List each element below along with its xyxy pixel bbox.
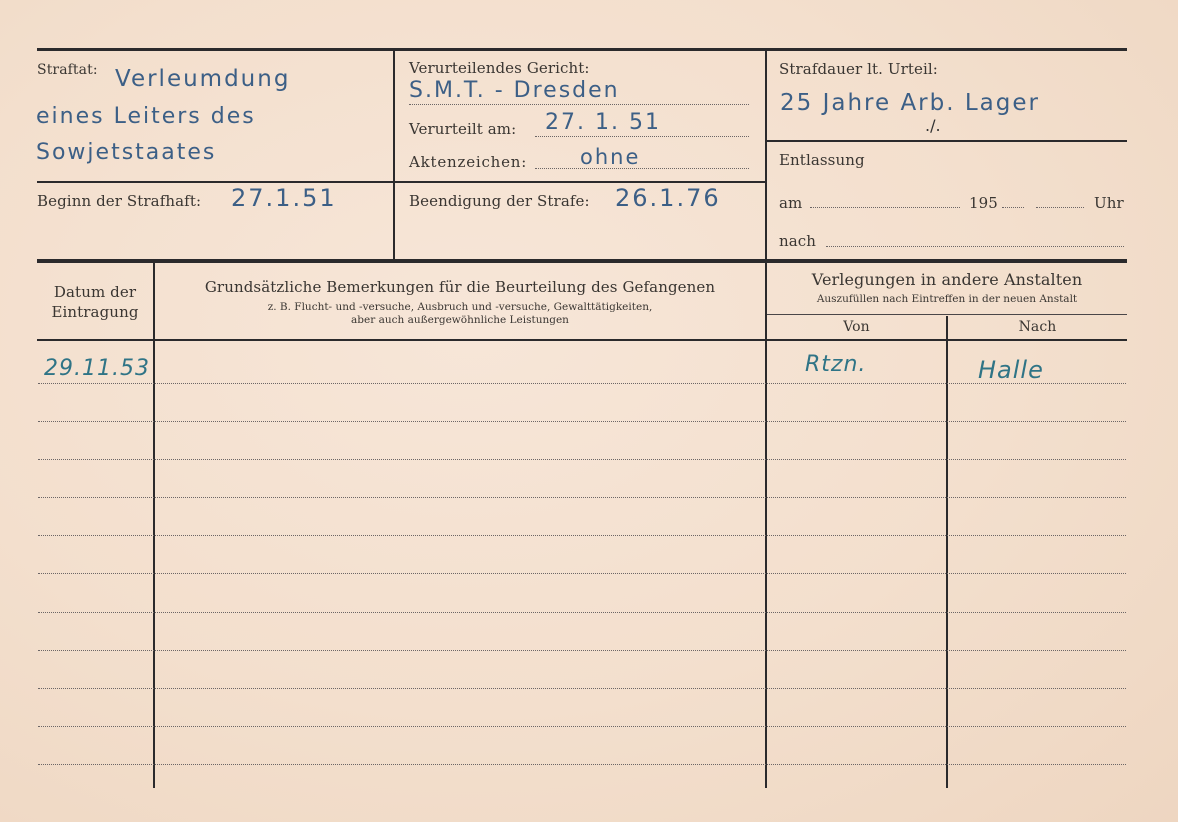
strafdauer-mark: ./. <box>925 116 941 135</box>
entlassung-uhr-label: Uhr <box>1094 194 1124 212</box>
straftat-value-line2: eines Leiters des <box>36 104 256 129</box>
col-nach-header: Nach <box>948 319 1127 335</box>
straftat-value-line1: Verleumdung <box>115 66 290 92</box>
entlassung-label: Entlassung <box>779 151 865 169</box>
col-verlegungen-header: Verlegungen in andere Anstalten <box>767 270 1127 289</box>
divider-row-beginn <box>37 181 765 183</box>
entlassung-nach-label: nach <box>779 232 816 250</box>
beendigung-label: Beendigung der Strafe: <box>409 192 590 210</box>
verurteilt-value: 27. 1. 51 <box>545 110 661 135</box>
straftat-value-line3: Sowjetstaates <box>36 140 216 165</box>
beendigung-value: 26.1.76 <box>615 184 721 212</box>
prisoner-record-card: Straftat: Verleumdung eines Leiters des … <box>0 0 1178 822</box>
beginn-value: 27.1.51 <box>231 184 337 212</box>
row-line-6 <box>38 573 1126 574</box>
akten-dotted-line <box>535 168 749 169</box>
col-datum-header-line1: Datum der <box>37 283 153 301</box>
row-line-7 <box>38 612 1126 613</box>
verurteilt-label: Verurteilt am: <box>409 120 516 138</box>
divider-left-mid <box>393 48 395 260</box>
row-line-8 <box>38 650 1126 651</box>
entlassung-time-dotted-line <box>1036 207 1084 208</box>
divider-strafdauer <box>767 140 1127 142</box>
straftat-label: Straftat: <box>37 62 98 78</box>
gericht-label: Verurteilendes Gericht: <box>409 59 590 77</box>
row-line-2 <box>38 421 1126 422</box>
row-von-value: Rtzn. <box>805 352 866 377</box>
col-von-header: Von <box>767 319 946 335</box>
row-line-1 <box>38 383 1126 384</box>
col-bemerkungen-subtext1: z. B. Flucht- und -versuche, Ausbruch un… <box>155 301 765 313</box>
row-line-3 <box>38 459 1126 460</box>
entlassung-year-dotted-line <box>1002 207 1024 208</box>
row-line-9 <box>38 688 1126 689</box>
col-verlegungen-subtext: Auszufüllen nach Eintreffen in der neuen… <box>767 293 1127 305</box>
header-top-border <box>37 259 1127 263</box>
row-line-11 <box>38 764 1126 765</box>
row-nach-value: Halle <box>978 356 1044 384</box>
beginn-label: Beginn der Strafhaft: <box>37 192 201 210</box>
strafdauer-value: 25 Jahre Arb. Lager <box>780 90 1040 116</box>
divider-von-nach <box>946 316 948 788</box>
row-line-5 <box>38 535 1126 536</box>
divider-mid-right <box>765 48 767 788</box>
row-line-10 <box>38 726 1126 727</box>
col-bemerkungen-header: Grundsätzliche Bemerkungen für die Beurt… <box>155 278 765 296</box>
header-bottom-border <box>37 339 1127 341</box>
verurteilt-dotted-line <box>535 136 749 137</box>
entlassung-am-label: am <box>779 194 802 212</box>
entlassung-year-prefix: 195 <box>969 194 998 212</box>
akten-value: ohne <box>580 145 640 169</box>
gericht-dotted-line <box>409 104 749 105</box>
entlassung-am-dotted-line <box>810 207 960 208</box>
top-border <box>37 48 1127 51</box>
row-datum-value: 29.11.53 <box>44 356 150 381</box>
akten-label: Aktenzeichen: <box>409 153 527 171</box>
row-line-4 <box>38 497 1126 498</box>
col-bemerkungen-subtext2: aber auch außergewöhnliche Leistungen <box>155 314 765 326</box>
divider-verlegungen-sub <box>767 314 1127 315</box>
gericht-value: S.M.T. - Dresden <box>409 78 620 103</box>
col-datum-header-line2: Eintragung <box>37 303 153 321</box>
entlassung-nach-dotted-line <box>826 246 1124 247</box>
strafdauer-label: Strafdauer lt. Urteil: <box>779 60 938 78</box>
